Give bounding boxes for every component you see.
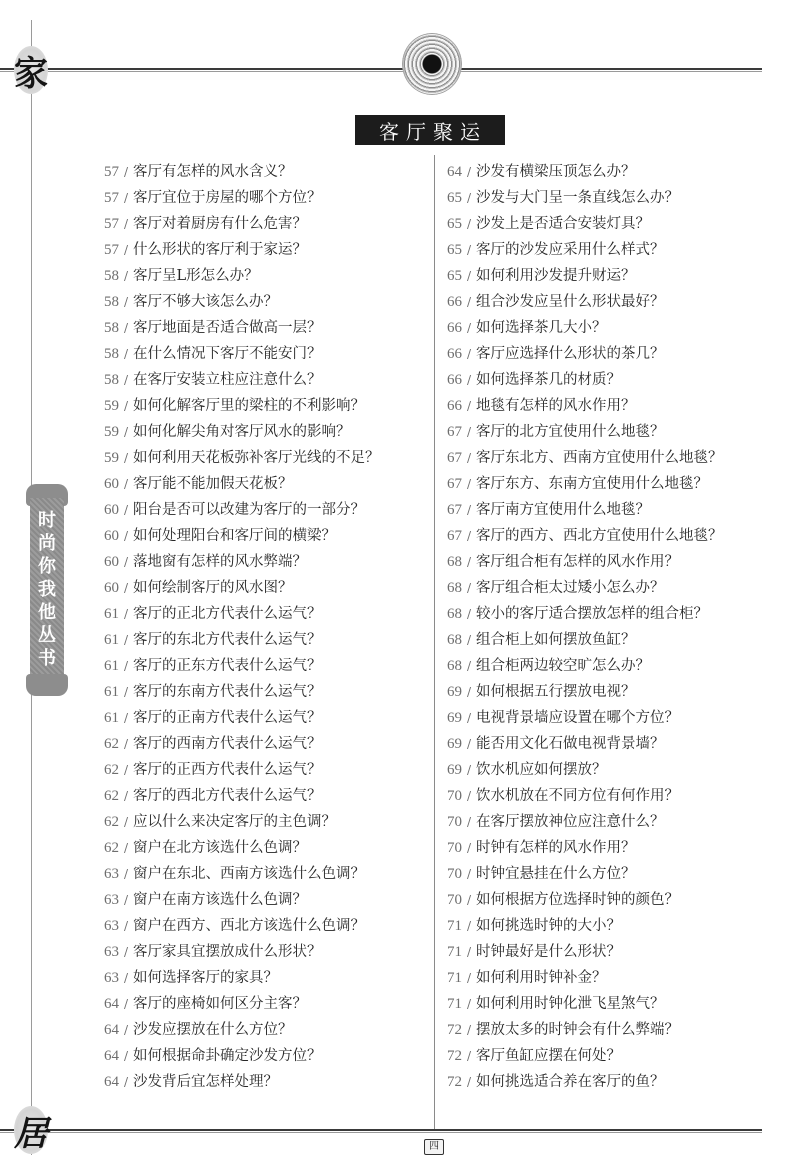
toc-title: 如何挑选时钟的大小？ (476, 918, 621, 934)
toc-entry[interactable]: 65/沙发上是否适合安装灯具？ (447, 211, 777, 237)
toc-title: 客厅呈L形怎么办？ (133, 268, 259, 284)
toc-page-number: 66 (447, 294, 462, 310)
toc-column-right: 64/沙发有横梁压顶怎么办？65/沙发与大门呈一条直线怎么办？65/沙发上是否适… (447, 159, 777, 1095)
toc-title: 客厅的正南方代表什么运气？ (133, 710, 322, 726)
toc-page-number: 58 (104, 346, 119, 362)
toc-page-number: 69 (447, 736, 462, 752)
toc-title: 客厅家具宜摆放成什么形状？ (133, 944, 322, 960)
series-tab-char: 尚 (38, 533, 56, 555)
toc-page-number: 61 (104, 710, 119, 726)
toc-title: 能否用文化石做电视背景墙？ (476, 736, 665, 752)
column-divider (434, 155, 435, 1130)
toc-entry[interactable]: 71/时钟最好是什么形状？ (447, 939, 777, 965)
corner-char-top: 家 (14, 46, 48, 94)
toc-separator: / (124, 347, 128, 361)
toc-separator: / (467, 243, 471, 257)
toc-entry[interactable]: 58/客厅地面是否适合做高一层？ (104, 315, 429, 341)
toc-separator: / (467, 529, 471, 543)
toc-title: 沙发上是否适合安装灯具？ (476, 216, 650, 232)
toc-title: 什么形状的客厅利于家运？ (133, 242, 307, 258)
series-tab-char: 你 (38, 556, 56, 578)
toc-separator: / (467, 1023, 471, 1037)
toc-separator: / (124, 867, 128, 881)
toc-entry[interactable]: 64/沙发有横梁压顶怎么办？ (447, 159, 777, 185)
toc-separator: / (124, 1075, 128, 1089)
toc-page-number: 60 (104, 502, 119, 518)
toc-title: 客厅的正东方代表什么运气？ (133, 658, 322, 674)
toc-entry[interactable]: 61/客厅的正东方代表什么运气？ (104, 653, 429, 679)
toc-page-number: 64 (104, 1022, 119, 1038)
toc-separator: / (467, 1075, 471, 1089)
toc-page-number: 72 (447, 1048, 462, 1064)
toc-entry[interactable]: 69/电视背景墙应设置在哪个方位？ (447, 705, 777, 731)
toc-separator: / (467, 789, 471, 803)
toc-title: 如何利用天花板弥补客厅光线的不足？ (133, 450, 380, 466)
toc-title: 时钟有怎样的风水作用？ (476, 840, 636, 856)
toc-page-number: 68 (447, 606, 462, 622)
toc-entry[interactable]: 64/客厅的座椅如何区分主客？ (104, 991, 429, 1017)
toc-entry[interactable]: 65/客厅的沙发应采用什么样式？ (447, 237, 777, 263)
toc-separator: / (124, 997, 128, 1011)
toc-page-number: 63 (104, 892, 119, 908)
toc-title: 摆放太多的时钟会有什么弊端？ (476, 1022, 679, 1038)
toc-separator: / (467, 607, 471, 621)
toc-separator: / (467, 373, 471, 387)
toc-page-number: 57 (104, 190, 119, 206)
toc-page-number: 62 (104, 736, 119, 752)
toc-page-number: 58 (104, 294, 119, 310)
toc-separator: / (124, 711, 128, 725)
toc-separator: / (467, 581, 471, 595)
toc-separator: / (124, 737, 128, 751)
toc-page-number: 67 (447, 502, 462, 518)
toc-entry[interactable]: 70/时钟有怎样的风水作用？ (447, 835, 777, 861)
toc-title: 客厅有怎样的风水含义？ (133, 164, 293, 180)
toc-entry[interactable]: 71/如何利用时钟化泄飞星煞气？ (447, 991, 777, 1017)
toc-entry[interactable]: 60/如何绘制客厅的风水图？ (104, 575, 429, 601)
toc-page-number: 57 (104, 216, 119, 232)
toc-entry[interactable]: 60/落地窗有怎样的风水弊端？ (104, 549, 429, 575)
toc-title: 应以什么来决定客厅的主色调？ (133, 814, 336, 830)
series-tab: 时尚你我他丛书 (26, 484, 68, 696)
toc-entry[interactable]: 62/应以什么来决定客厅的主色调？ (104, 809, 429, 835)
toc-separator: / (124, 659, 128, 673)
bottom-rule (0, 1129, 762, 1133)
toc-entry[interactable]: 58/在客厅安装立柱应注意什么？ (104, 367, 429, 393)
toc-entry[interactable]: 61/客厅的正南方代表什么运气？ (104, 705, 429, 731)
toc-page-number: 71 (447, 996, 462, 1012)
toc-entry[interactable]: 67/客厅南方宜使用什么地毯？ (447, 497, 777, 523)
toc-entry[interactable]: 57/客厅有怎样的风水含义？ (104, 159, 429, 185)
toc-separator: / (124, 165, 128, 179)
toc-separator: / (467, 659, 471, 673)
toc-page-number: 66 (447, 398, 462, 414)
top-rule (0, 68, 762, 72)
toc-separator: / (124, 607, 128, 621)
toc-entry[interactable]: 65/如何利用沙发提升财运？ (447, 263, 777, 289)
toc-entry[interactable]: 62/客厅的西南方代表什么运气？ (104, 731, 429, 757)
toc-page-number: 65 (447, 242, 462, 258)
toc-entry[interactable]: 58/客厅呈L形怎么办？ (104, 263, 429, 289)
toc-entry[interactable]: 60/如何处理阳台和客厅间的横梁？ (104, 523, 429, 549)
toc-title: 如何化解尖角对客厅风水的影响？ (133, 424, 351, 440)
toc-separator: / (124, 503, 128, 517)
toc-entry[interactable]: 62/窗户在北方该选什么色调？ (104, 835, 429, 861)
toc-title: 阳台是否可以改建为客厅的一部分？ (133, 502, 365, 518)
toc-title: 客厅的西北方代表什么运气？ (133, 788, 322, 804)
toc-title: 客厅的正北方代表什么运气？ (133, 606, 322, 622)
toc-page-number: 65 (447, 268, 462, 284)
toc-separator: / (124, 971, 128, 985)
toc-title: 如何利用沙发提升财运？ (476, 268, 636, 284)
toc-title: 如何根据方位选择时钟的颜色？ (476, 892, 679, 908)
toc-page-number: 57 (104, 242, 119, 258)
toc-page-number: 61 (104, 658, 119, 674)
toc-page-number: 61 (104, 632, 119, 648)
toc-entry[interactable]: 61/客厅的东北方代表什么运气？ (104, 627, 429, 653)
toc-entry[interactable]: 63/窗户在东北、西南方该选什么色调？ (104, 861, 429, 887)
toc-entry[interactable]: 61/客厅的东南方代表什么运气？ (104, 679, 429, 705)
toc-separator: / (124, 399, 128, 413)
toc-separator: / (124, 945, 128, 959)
toc-page-number: 71 (447, 970, 462, 986)
toc-entry[interactable]: 61/客厅的正北方代表什么运气？ (104, 601, 429, 627)
toc-separator: / (124, 789, 128, 803)
toc-page-number: 67 (447, 528, 462, 544)
toc-title: 地毯有怎样的风水作用？ (476, 398, 636, 414)
toc-entry[interactable]: 68/组合柜两边较空旷怎么办？ (447, 653, 777, 679)
toc-title: 窗户在西方、西北方该选什么色调？ (133, 918, 365, 934)
toc-entry[interactable]: 72/如何挑选适合养在客厅的鱼？ (447, 1069, 777, 1095)
toc-column-left: 57/客厅有怎样的风水含义？57/客厅宜位于房屋的哪个方位？57/客厅对着厨房有… (104, 159, 429, 1095)
toc-title: 客厅南方宜使用什么地毯？ (476, 502, 650, 518)
toc-separator: / (124, 217, 128, 231)
toc-separator: / (467, 971, 471, 985)
toc-separator: / (124, 373, 128, 387)
toc-title: 如何选择客厅的家具？ (133, 970, 278, 986)
toc-title: 时钟最好是什么形状？ (476, 944, 621, 960)
toc-page-number: 70 (447, 866, 462, 882)
toc-title: 落地窗有怎样的风水弊端？ (133, 554, 307, 570)
toc-entry[interactable]: 70/如何根据方位选择时钟的颜色？ (447, 887, 777, 913)
toc-separator: / (124, 243, 128, 257)
toc-title: 组合柜上如何摆放鱼缸？ (476, 632, 636, 648)
toc-separator: / (124, 555, 128, 569)
toc-title: 在客厅安装立柱应注意什么？ (133, 372, 322, 388)
toc-title: 客厅东方、东南方宜使用什么地毯？ (476, 476, 708, 492)
toc-separator: / (124, 321, 128, 335)
toc-title: 如何化解客厅里的梁柱的不利影响？ (133, 398, 365, 414)
toc-page-number: 61 (104, 684, 119, 700)
toc-title: 窗户在东北、西南方该选什么色调？ (133, 866, 365, 882)
toc-title: 如何绘制客厅的风水图？ (133, 580, 293, 596)
toc-title: 窗户在南方该选什么色调？ (133, 892, 307, 908)
toc-page-number: 69 (447, 710, 462, 726)
toc-separator: / (467, 945, 471, 959)
toc-separator: / (467, 685, 471, 699)
toc-page-number: 67 (447, 450, 462, 466)
toc-separator: / (467, 503, 471, 517)
toc-title: 客厅组合柜有怎样的风水作用？ (476, 554, 679, 570)
toc-title: 如何利用时钟补金？ (476, 970, 607, 986)
toc-title: 客厅对着厨房有什么危害？ (133, 216, 307, 232)
series-tab-char: 我 (38, 579, 56, 601)
toc-page-number: 60 (104, 580, 119, 596)
toc-entry[interactable]: 63/窗户在南方该选什么色调？ (104, 887, 429, 913)
section-title: 客厅聚运 (355, 115, 505, 145)
toc-entry[interactable]: 58/客厅不够大该怎么办？ (104, 289, 429, 315)
toc-title: 如何选择茶几大小？ (476, 320, 607, 336)
toc-page-number: 63 (104, 918, 119, 934)
toc-title: 沙发背后宜怎样处理？ (133, 1074, 278, 1090)
toc-page-number: 60 (104, 528, 119, 544)
toc-separator: / (124, 763, 128, 777)
corner-char-bottom: 居 (14, 1106, 48, 1154)
toc-separator: / (124, 919, 128, 933)
toc-entry[interactable]: 60/阳台是否可以改建为客厅的一部分？ (104, 497, 429, 523)
toc-page-number: 58 (104, 320, 119, 336)
toc-separator: / (124, 893, 128, 907)
toc-page-number: 72 (447, 1022, 462, 1038)
toc-entry[interactable]: 57/什么形状的客厅利于家运？ (104, 237, 429, 263)
toc-page-number: 70 (447, 892, 462, 908)
toc-separator: / (467, 997, 471, 1011)
toc-title: 客厅宜位于房屋的哪个方位？ (133, 190, 322, 206)
toc-title: 沙发应摆放在什么方位？ (133, 1022, 293, 1038)
toc-entry[interactable]: 63/客厅家具宜摆放成什么形状？ (104, 939, 429, 965)
toc-page-number: 64 (104, 1048, 119, 1064)
toc-entry[interactable]: 60/客厅能不能加假天花板？ (104, 471, 429, 497)
toc-page-number: 60 (104, 476, 119, 492)
toc-page-number: 60 (104, 554, 119, 570)
toc-page-number: 67 (447, 476, 462, 492)
toc-page-number: 69 (447, 762, 462, 778)
toc-title: 时钟宜悬挂在什么方位？ (476, 866, 636, 882)
toc-separator: / (467, 295, 471, 309)
toc-separator: / (467, 893, 471, 907)
toc-entry[interactable]: 66/如何选择茶几大小？ (447, 315, 777, 341)
toc-page-number: 64 (104, 996, 119, 1012)
toc-separator: / (467, 919, 471, 933)
toc-separator: / (467, 191, 471, 205)
toc-page-number: 69 (447, 684, 462, 700)
toc-page-number: 62 (104, 840, 119, 856)
toc-entry[interactable]: 64/如何根据命卦确定沙发方位？ (104, 1043, 429, 1069)
toc-entry[interactable]: 68/组合柜上如何摆放鱼缸？ (447, 627, 777, 653)
toc-separator: / (124, 295, 128, 309)
series-tab-text: 时尚你我他丛书 (30, 498, 64, 682)
toc-entry[interactable]: 58/在什么情况下客厅不能安门？ (104, 341, 429, 367)
toc-title: 组合柜两边较空旷怎么办？ (476, 658, 650, 674)
toc-separator: / (124, 581, 128, 595)
toc-separator: / (124, 529, 128, 543)
toc-title: 客厅地面是否适合做高一层？ (133, 320, 322, 336)
toc-entry[interactable]: 67/客厅东北方、西南方宜使用什么地毯？ (447, 445, 777, 471)
toc-title: 客厅能不能加假天花板？ (133, 476, 293, 492)
toc-title: 如何利用时钟化泄飞星煞气？ (476, 996, 665, 1012)
toc-page-number: 63 (104, 970, 119, 986)
toc-entry[interactable]: 72/摆放太多的时钟会有什么弊端？ (447, 1017, 777, 1043)
toc-title: 饮水机应如何摆放？ (476, 762, 607, 778)
toc-title: 饮水机放在不同方位有何作用？ (476, 788, 679, 804)
toc-entry[interactable]: 67/客厅的西方、西北方宜使用什么地毯？ (447, 523, 777, 549)
toc-title: 电视背景墙应设置在哪个方位？ (476, 710, 679, 726)
toc-separator: / (467, 815, 471, 829)
toc-title: 客厅的正西方代表什么运气？ (133, 762, 322, 778)
toc-separator: / (124, 1049, 128, 1063)
toc-entry[interactable]: 57/客厅对着厨房有什么危害？ (104, 211, 429, 237)
medallion-ornament-icon (402, 33, 462, 95)
toc-entry[interactable]: 71/如何利用时钟补金？ (447, 965, 777, 991)
toc-entry[interactable]: 68/较小的客厅适合摆放怎样的组合柜？ (447, 601, 777, 627)
toc-page-number: 70 (447, 788, 462, 804)
toc-entry[interactable]: 67/客厅东方、东南方宜使用什么地毯？ (447, 471, 777, 497)
toc-page-number: 70 (447, 814, 462, 830)
toc-entry[interactable]: 66/客厅应选择什么形状的茶几？ (447, 341, 777, 367)
toc-page-number: 57 (104, 164, 119, 180)
toc-title: 客厅的西方、西北方宜使用什么地毯？ (476, 528, 723, 544)
toc-entry[interactable]: 66/如何选择茶几的材质？ (447, 367, 777, 393)
toc-separator: / (467, 555, 471, 569)
toc-separator: / (124, 685, 128, 699)
toc-separator: / (467, 633, 471, 647)
page-number: 四 (424, 1139, 444, 1155)
toc-entry[interactable]: 63/如何选择客厅的家具？ (104, 965, 429, 991)
toc-page-number: 72 (447, 1074, 462, 1090)
toc-entry[interactable]: 69/如何根据五行摆放电视？ (447, 679, 777, 705)
toc-entry[interactable]: 64/沙发应摆放在什么方位？ (104, 1017, 429, 1043)
toc-separator: / (124, 451, 128, 465)
toc-entry[interactable]: 70/时钟宜悬挂在什么方位？ (447, 861, 777, 887)
toc-entry[interactable]: 70/饮水机放在不同方位有何作用？ (447, 783, 777, 809)
toc-page-number: 64 (447, 164, 462, 180)
toc-entry[interactable]: 69/饮水机应如何摆放？ (447, 757, 777, 783)
toc-page-number: 62 (104, 788, 119, 804)
toc-entry[interactable]: 70/在客厅摆放神位应注意什么？ (447, 809, 777, 835)
toc-title: 客厅的东北方代表什么运气？ (133, 632, 322, 648)
toc-page-number: 62 (104, 814, 119, 830)
toc-entry[interactable]: 63/窗户在西方、西北方该选什么色调？ (104, 913, 429, 939)
toc-entry[interactable]: 62/客厅的西北方代表什么运气？ (104, 783, 429, 809)
toc-title: 在什么情况下客厅不能安门？ (133, 346, 322, 362)
toc-title: 窗户在北方该选什么色调？ (133, 840, 307, 856)
toc-separator: / (467, 321, 471, 335)
toc-entry[interactable]: 59/如何化解客厅里的梁柱的不利影响？ (104, 393, 429, 419)
toc-entry[interactable]: 72/客厅鱼缸应摆在何处？ (447, 1043, 777, 1069)
toc-separator: / (124, 191, 128, 205)
toc-title: 客厅不够大该怎么办？ (133, 294, 278, 310)
scroll-cap-bottom-icon (26, 674, 68, 696)
toc-entry[interactable]: 59/如何化解尖角对客厅风水的影响？ (104, 419, 429, 445)
toc-title: 如何根据五行摆放电视？ (476, 684, 636, 700)
toc-page-number: 63 (104, 944, 119, 960)
toc-page-number: 68 (447, 554, 462, 570)
toc-entry[interactable]: 66/地毯有怎样的风水作用？ (447, 393, 777, 419)
toc-separator: / (467, 711, 471, 725)
toc-page-number: 65 (447, 190, 462, 206)
toc-title: 如何处理阳台和客厅间的横梁？ (133, 528, 336, 544)
toc-separator: / (124, 269, 128, 283)
toc-entry[interactable]: 69/能否用文化石做电视背景墙？ (447, 731, 777, 757)
toc-separator: / (467, 165, 471, 179)
toc-separator: / (467, 217, 471, 231)
toc-page-number: 62 (104, 762, 119, 778)
toc-title: 组合沙发应呈什么形状最好？ (476, 294, 665, 310)
toc-separator: / (467, 763, 471, 777)
series-tab-char: 丛 (38, 625, 56, 647)
toc-title: 沙发有横梁压顶怎么办？ (476, 164, 636, 180)
toc-title: 客厅鱼缸应摆在何处？ (476, 1048, 621, 1064)
toc-entry[interactable]: 68/客厅组合柜有怎样的风水作用？ (447, 549, 777, 575)
toc-page-number: 59 (104, 424, 119, 440)
toc-separator: / (467, 269, 471, 283)
toc-title: 客厅的座椅如何区分主客？ (133, 996, 307, 1012)
toc-title: 如何根据命卦确定沙发方位？ (133, 1048, 322, 1064)
toc-title: 客厅的西南方代表什么运气？ (133, 736, 322, 752)
series-tab-char: 他 (38, 602, 56, 624)
toc-separator: / (467, 477, 471, 491)
toc-entry[interactable]: 65/沙发与大门呈一条直线怎么办？ (447, 185, 777, 211)
toc-title: 较小的客厅适合摆放怎样的组合柜？ (476, 606, 708, 622)
toc-page-number: 58 (104, 372, 119, 388)
toc-entry[interactable]: 71/如何挑选时钟的大小？ (447, 913, 777, 939)
toc-page-number: 68 (447, 632, 462, 648)
toc-separator: / (467, 867, 471, 881)
toc-title: 如何选择茶几的材质？ (476, 372, 621, 388)
toc-separator: / (124, 633, 128, 647)
toc-page-number: 67 (447, 424, 462, 440)
toc-page-number: 66 (447, 320, 462, 336)
toc-page-number: 71 (447, 944, 462, 960)
toc-entry[interactable]: 59/如何利用天花板弥补客厅光线的不足？ (104, 445, 429, 471)
toc-page-number: 70 (447, 840, 462, 856)
toc-separator: / (124, 815, 128, 829)
toc-page-number: 59 (104, 398, 119, 414)
toc-title: 客厅应选择什么形状的茶几？ (476, 346, 665, 362)
toc-page-number: 68 (447, 658, 462, 674)
toc-page-number: 66 (447, 372, 462, 388)
toc-separator: / (467, 347, 471, 361)
series-tab-char: 书 (38, 648, 56, 670)
toc-page-number: 68 (447, 580, 462, 596)
toc-entry[interactable]: 64/沙发背后宜怎样处理？ (104, 1069, 429, 1095)
toc-separator: / (467, 399, 471, 413)
series-tab-char: 时 (38, 510, 56, 532)
toc-title: 客厅东北方、西南方宜使用什么地毯？ (476, 450, 723, 466)
toc-separator: / (124, 1023, 128, 1037)
toc-page-number: 65 (447, 216, 462, 232)
toc-entry[interactable]: 62/客厅的正西方代表什么运气？ (104, 757, 429, 783)
toc-title: 沙发与大门呈一条直线怎么办？ (476, 190, 679, 206)
toc-separator: / (467, 425, 471, 439)
toc-title: 客厅组合柜太过矮小怎么办？ (476, 580, 665, 596)
toc-title: 客厅的东南方代表什么运气？ (133, 684, 322, 700)
toc-entry[interactable]: 66/组合沙发应呈什么形状最好？ (447, 289, 777, 315)
toc-separator: / (124, 425, 128, 439)
toc-page-number: 63 (104, 866, 119, 882)
toc-page-number: 59 (104, 450, 119, 466)
toc-title: 在客厅摆放神位应注意什么？ (476, 814, 665, 830)
toc-separator: / (124, 841, 128, 855)
toc-entry[interactable]: 57/客厅宜位于房屋的哪个方位？ (104, 185, 429, 211)
toc-separator: / (467, 1049, 471, 1063)
toc-separator: / (467, 841, 471, 855)
toc-page-number: 61 (104, 606, 119, 622)
toc-separator: / (467, 451, 471, 465)
toc-title: 客厅的北方宜使用什么地毯？ (476, 424, 665, 440)
toc-entry[interactable]: 67/客厅的北方宜使用什么地毯？ (447, 419, 777, 445)
toc-entry[interactable]: 68/客厅组合柜太过矮小怎么办？ (447, 575, 777, 601)
